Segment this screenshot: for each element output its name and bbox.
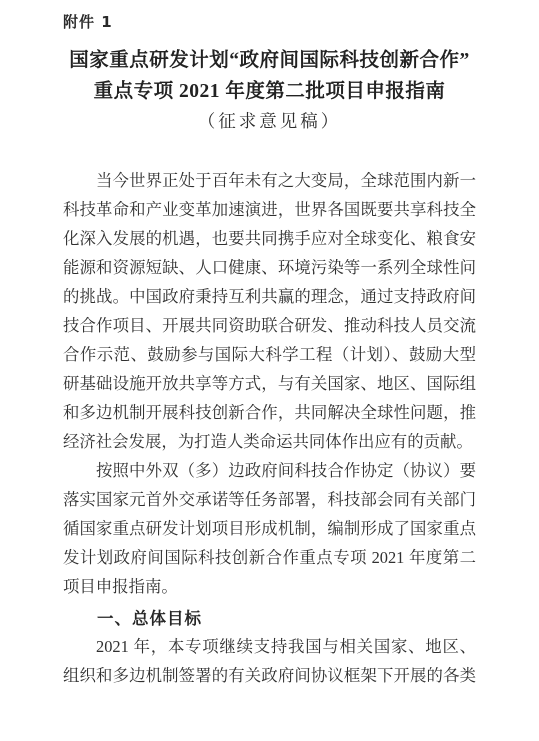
text-line: 按照中外双（多）边政府间科技合作协定（协议）要求、	[63, 456, 476, 485]
paragraph-3: 2021 年，本专项继续支持我国与相关国家、地区、国际 组织和多边机制签署的有关…	[63, 632, 476, 690]
text-line: 经济社会发展，为打造人类命运共同体作出应有的贡献。	[63, 427, 476, 456]
text-line: 科技革命和产业变革加速演进，世界各国既要共享科技全球	[63, 195, 476, 224]
text-line: 和多边机制开展科技创新合作，共同解决全球性问题，推动	[63, 398, 476, 427]
text-line: 循国家重点研发计划项目形成机制，编制形成了国家重点研	[63, 514, 476, 543]
document-page: 附件 1 国家重点研发计划“政府间国际科技创新合作” 重点专项 2021 年度第…	[0, 0, 539, 741]
text-line: 合作示范、鼓励参与国际大科学工程（计划）、鼓励大型科	[63, 340, 476, 369]
document-title: 国家重点研发计划“政府间国际科技创新合作” 重点专项 2021 年度第二批项目申…	[63, 45, 476, 135]
text-line: 组织和多边机制签署的有关政府间协议框架下开展的各类	[63, 661, 476, 690]
text-line: 发计划政府间国际科技创新合作重点专项 2021 年度第二批	[63, 543, 476, 572]
title-line-1: 国家重点研发计划“政府间国际科技创新合作”	[63, 45, 476, 76]
text-line: 当今世界正处于百年未有之大变局，全球范围内新一轮	[63, 166, 476, 195]
text-line: 技合作项目、开展共同资助联合研发、推动科技人员交流和	[63, 311, 476, 340]
section-heading-overall-goals: 一、总体目标	[63, 605, 476, 632]
paragraph-2: 按照中外双（多）边政府间科技合作协定（协议）要求、 落实国家元首外交承诺等任务部…	[63, 456, 476, 601]
text-line: 化深入发展的机遇，也要共同携手应对全球变化、粮食安全、	[63, 224, 476, 253]
text-line: 落实国家元首外交承诺等任务部署，科技部会同有关部门遵	[63, 485, 476, 514]
text-line: 的挑战。中国政府秉持互利共赢的理念，通过支持政府间科	[63, 282, 476, 311]
title-line-2: 重点专项 2021 年度第二批项目申报指南	[63, 76, 476, 107]
document-body: 当今世界正处于百年未有之大变局，全球范围内新一轮 科技革命和产业变革加速演进，世…	[63, 166, 476, 690]
text-line: 项目申报指南。	[63, 572, 476, 601]
text-line: 能源和资源短缺、人口健康、环境污染等一系列全球性问题	[63, 253, 476, 282]
text-line: 2021 年，本专项继续支持我国与相关国家、地区、国际	[63, 632, 476, 661]
text-line: 研基础设施开放共享等方式，与有关国家、地区、国际组织	[63, 369, 476, 398]
attachment-label: 附件 1	[63, 12, 476, 33]
title-draft-note: （征求意见稿）	[63, 107, 476, 135]
paragraph-1: 当今世界正处于百年未有之大变局，全球范围内新一轮 科技革命和产业变革加速演进，世…	[63, 166, 476, 456]
